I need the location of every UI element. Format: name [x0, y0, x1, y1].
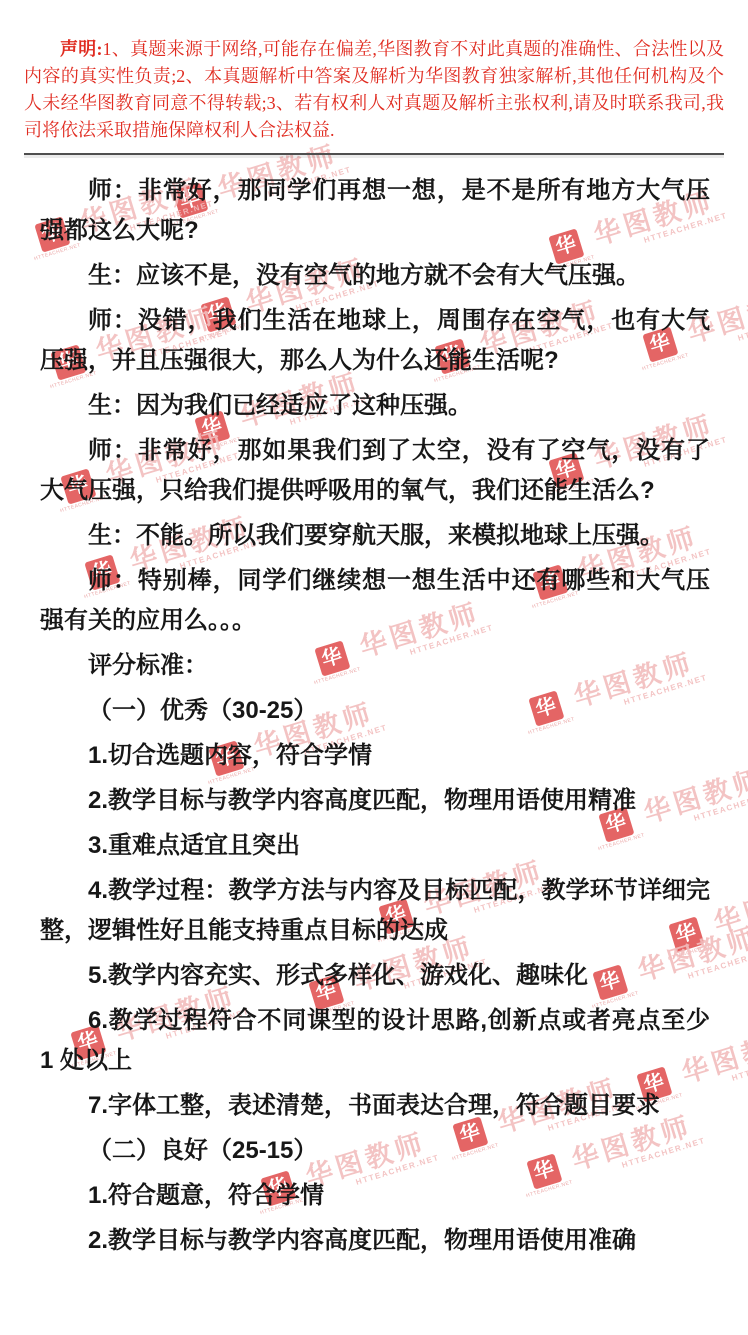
scoring-heading: 评分标准： — [40, 646, 710, 686]
scoring-section-title: （一）优秀（30-25） — [40, 691, 710, 731]
scoring-item: 5.教学内容充实、形式多样化、游戏化、趣味化 — [40, 956, 710, 996]
scoring-item: 2.教学目标与教学内容高度匹配，物理用语使用精准 — [40, 781, 710, 821]
dialogue-paragraph: 生：应该不是，没有空气的地方就不会有大气压强。 — [40, 256, 710, 296]
disclaimer: 声明:1、真题来源于网络,可能存在偏差,华图教育不对此真题的准确性、合法性以及内… — [24, 36, 724, 155]
body-text: 师：非常好，那同学们再想一想，是不是所有地方大气压强都这么大呢?生：应该不是，没… — [40, 171, 710, 1261]
disclaimer-label: 声明: — [60, 39, 103, 59]
scoring-section: （一）优秀（30-25）1.切合选题内容，符合学情2.教学目标与教学内容高度匹配… — [40, 691, 710, 1261]
dialogue-paragraph: 师：非常好，那同学们再想一想，是不是所有地方大气压强都这么大呢? — [40, 171, 710, 251]
dialogue-paragraph: 生：因为我们已经适应了这种压强。 — [40, 386, 710, 426]
disclaimer-text: 1、真题来源于网络,可能存在偏差,华图教育不对此真题的准确性、合法性以及内容的真… — [24, 39, 724, 140]
document-content: 声明:1、真题来源于网络,可能存在偏差,华图教育不对此真题的准确性、合法性以及内… — [0, 0, 748, 1261]
scoring-section-title: （二）良好（25-15） — [40, 1131, 710, 1171]
dialogue-paragraph: 师：非常好，那如果我们到了太空，没有了空气，没有了大气压强，只给我们提供呼吸用的… — [40, 431, 710, 511]
dialogue-paragraph: 生：不能。所以我们要穿航天服，来模拟地球上压强。 — [40, 516, 710, 556]
scoring-item: 1.切合选题内容，符合学情 — [40, 736, 710, 776]
dialogue-paragraph: 师：特别棒，同学们继续想一想生活中还有哪些和大气压强有关的应用么。。。 — [40, 561, 710, 641]
document-page: 华HTTEACHER.NET华图教师HTTEACHER.NET华HTTEACHE… — [0, 0, 748, 1335]
scoring-item: 1.符合题意，符合学情 — [40, 1176, 710, 1216]
scoring-item: 6.教学过程符合不同课型的设计思路,创新点或者亮点至少 1 处以上 — [40, 1001, 710, 1081]
dialogue-paragraph: 师：没错，我们生活在地球上，周围存在空气，也有大气压强，并且压强很大，那么人为什… — [40, 301, 710, 381]
scoring-item: 4.教学过程：教学方法与内容及目标匹配，教学环节详细完整，逻辑性好且能支持重点目… — [40, 871, 710, 951]
dialogue-section: 师：非常好，那同学们再想一想，是不是所有地方大气压强都这么大呢?生：应该不是，没… — [40, 171, 710, 641]
scoring-item: 3.重难点适宜且突出 — [40, 826, 710, 866]
scoring-item: 7.字体工整，表述清楚，书面表达合理，符合题目要求 — [40, 1086, 710, 1126]
scoring-item: 2.教学目标与教学内容高度匹配，物理用语使用准确 — [40, 1221, 710, 1261]
